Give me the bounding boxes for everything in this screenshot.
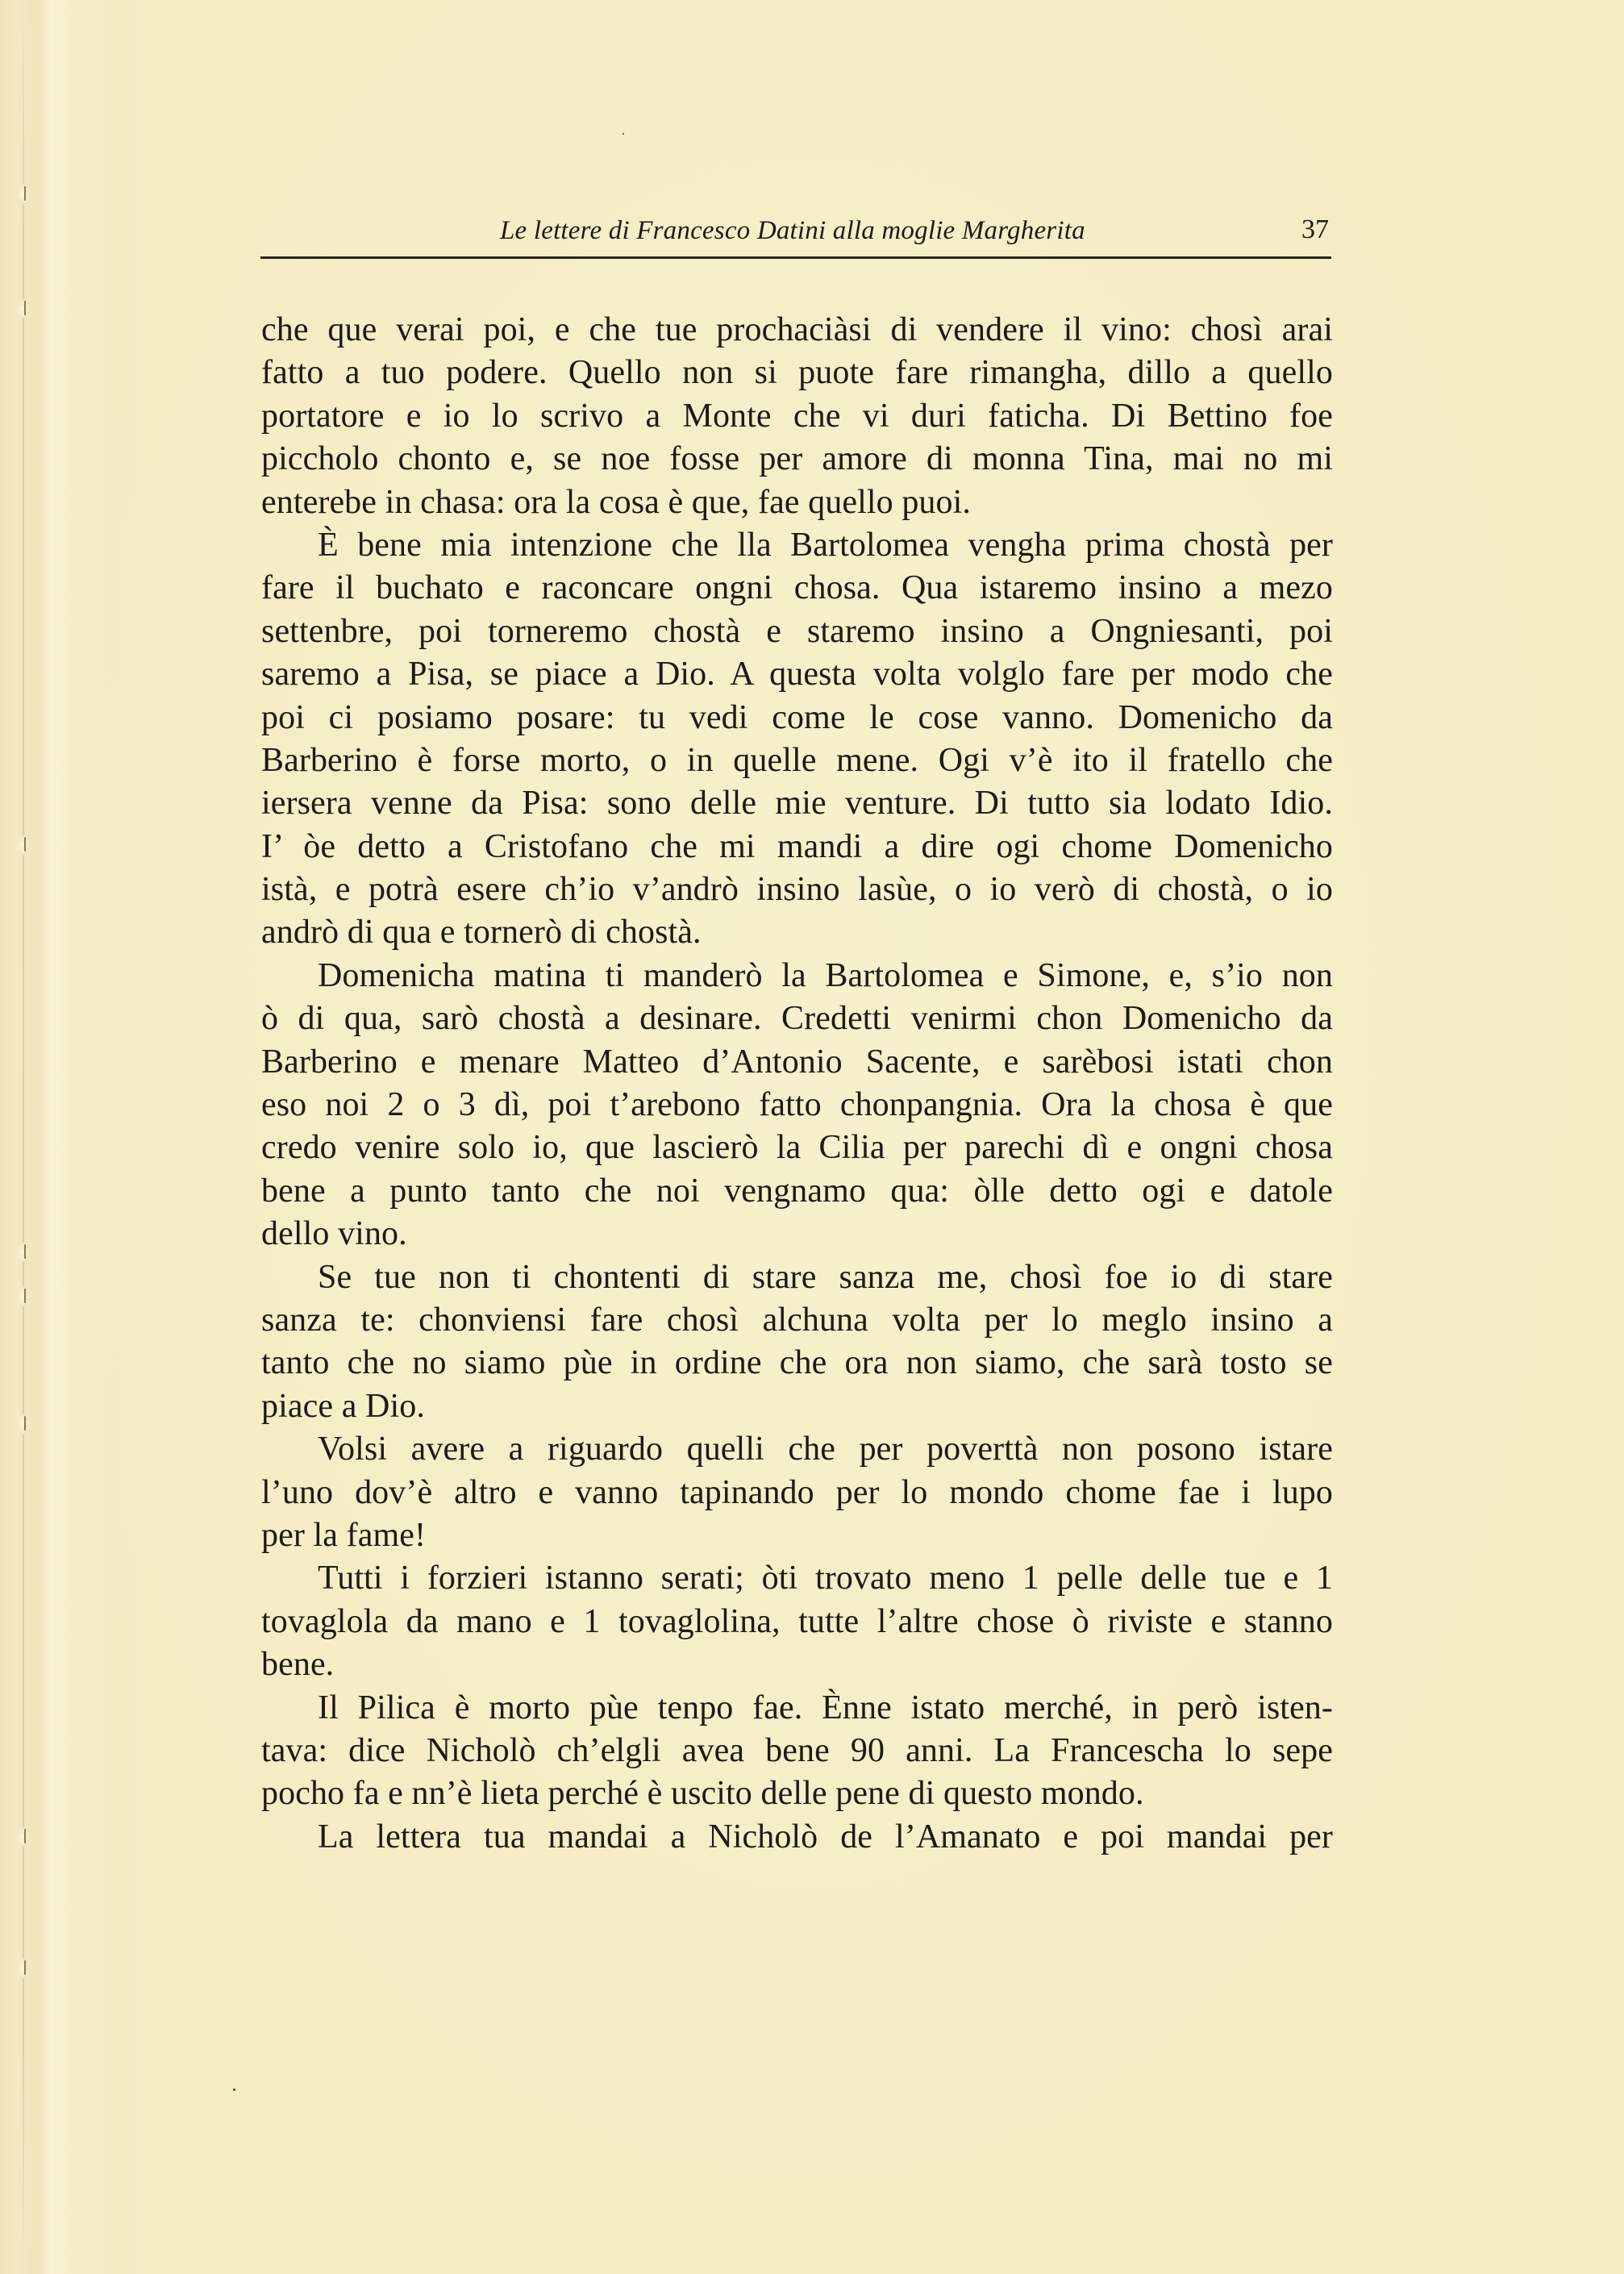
paragraph-first-line: È bene mia intenzione che lla Bartolomea… bbox=[261, 524, 1333, 567]
text-line: I’ òe detto a Cristofano che mi mandi a … bbox=[261, 826, 1333, 868]
stitch-hole-mark bbox=[18, 1286, 29, 1307]
stitch-hole-mark bbox=[18, 298, 29, 319]
text-line: Barberino è forse morto, o in quelle men… bbox=[261, 739, 1333, 782]
paragraph-first-line: La lettera tua mandai a Nicholò de l’Ama… bbox=[261, 1816, 1333, 1859]
text-line: iersera venne da Pisa: sono delle mie ve… bbox=[261, 782, 1333, 825]
binding-edge bbox=[23, 0, 24, 2274]
text-line: piccholo chonto e, se noe fosse per amor… bbox=[261, 438, 1333, 481]
text-line: bene. bbox=[261, 1643, 1333, 1686]
text-line: fare il buchato e raconcare ongni chosa.… bbox=[261, 567, 1333, 610]
text-line: andrò di qua e tornerò di chostà. bbox=[261, 911, 1333, 954]
text-line: credo venire solo io, que lascierò la Ci… bbox=[261, 1127, 1333, 1169]
text-line: eso noi 2 o 3 dì, poi t’arebono fatto ch… bbox=[261, 1084, 1333, 1127]
page-number: 37 bbox=[1301, 214, 1329, 245]
text-line: dello vino. bbox=[261, 1213, 1333, 1256]
stitch-hole-mark bbox=[18, 1958, 29, 1979]
text-line: poi ci posiamo posare: tu vedi come le c… bbox=[261, 697, 1333, 739]
text-line: l’uno dov’è altro e vanno tapinando per … bbox=[261, 1472, 1333, 1514]
stitch-hole-mark bbox=[18, 184, 29, 205]
text-line: Barberino e menare Matteo d’Antonio Sace… bbox=[261, 1041, 1333, 1084]
stitch-hole-mark bbox=[18, 1242, 29, 1263]
stitch-hole-mark bbox=[18, 1414, 29, 1435]
running-head: Le lettere di Francesco Datini alla mogl… bbox=[260, 211, 1331, 259]
text-line: per la fame! bbox=[261, 1514, 1333, 1557]
text-line: pocho fa e nn’è lieta perché è uscito de… bbox=[261, 1772, 1333, 1815]
text-line: tanto che no siamo pùe in ordine che ora… bbox=[261, 1342, 1333, 1385]
paragraph-first-line: Il Pilica è morto pùe tenpo fae. Ènne is… bbox=[261, 1687, 1333, 1730]
text-line: settenbre, poi torneremo chostà e starem… bbox=[261, 610, 1333, 653]
text-line: che que verai poi, e che tue prochaciàsi… bbox=[261, 309, 1333, 352]
text-line: bene a punto tanto che noi vengnamo qua:… bbox=[261, 1170, 1333, 1213]
paragraph-first-line: Tutti i forzieri istanno serati; òti tro… bbox=[261, 1557, 1333, 1600]
text-line: sanza te: chonviensi fare chosì alchuna … bbox=[261, 1299, 1333, 1342]
text-line: tava: dice Nicholò ch’elgli avea bene 90… bbox=[261, 1730, 1333, 1772]
running-title: Le lettere di Francesco Datini alla mogl… bbox=[500, 216, 1085, 246]
text-line: portatore e io lo scrivo a Monte che vi … bbox=[261, 395, 1333, 438]
paragraph-first-line: Volsi avere a riguardo quelli che per po… bbox=[261, 1428, 1333, 1471]
text-line: istà, e potrà esere ch’io v’andrò insino… bbox=[261, 868, 1333, 911]
text-line: tovaglola da mano e 1 tovaglolina, tutte… bbox=[261, 1601, 1333, 1643]
paragraph-first-line: Domenicha matina ti manderò la Bartolome… bbox=[261, 955, 1333, 997]
text-line: saremo a Pisa, se piace a Dio. A questa … bbox=[261, 653, 1333, 696]
text-line: ò di qua, sarò chostà a desinare. Credet… bbox=[261, 997, 1333, 1040]
body-text: che que verai poi, e che tue prochaciàsi… bbox=[261, 309, 1333, 1859]
stitch-hole-mark bbox=[18, 1826, 29, 1847]
paragraph-first-line: Se tue non ti chontenti di stare sanza m… bbox=[261, 1256, 1333, 1299]
text-line: piace a Dio. bbox=[261, 1385, 1333, 1428]
paper-speck bbox=[623, 133, 624, 135]
stitch-hole-mark bbox=[18, 835, 29, 856]
text-line: fatto a tuo podere. Quello non si puote … bbox=[261, 352, 1333, 394]
paper-speck bbox=[233, 2089, 235, 2091]
text-line: enterebe in chasa: ora la cosa è que, fa… bbox=[261, 481, 1333, 524]
